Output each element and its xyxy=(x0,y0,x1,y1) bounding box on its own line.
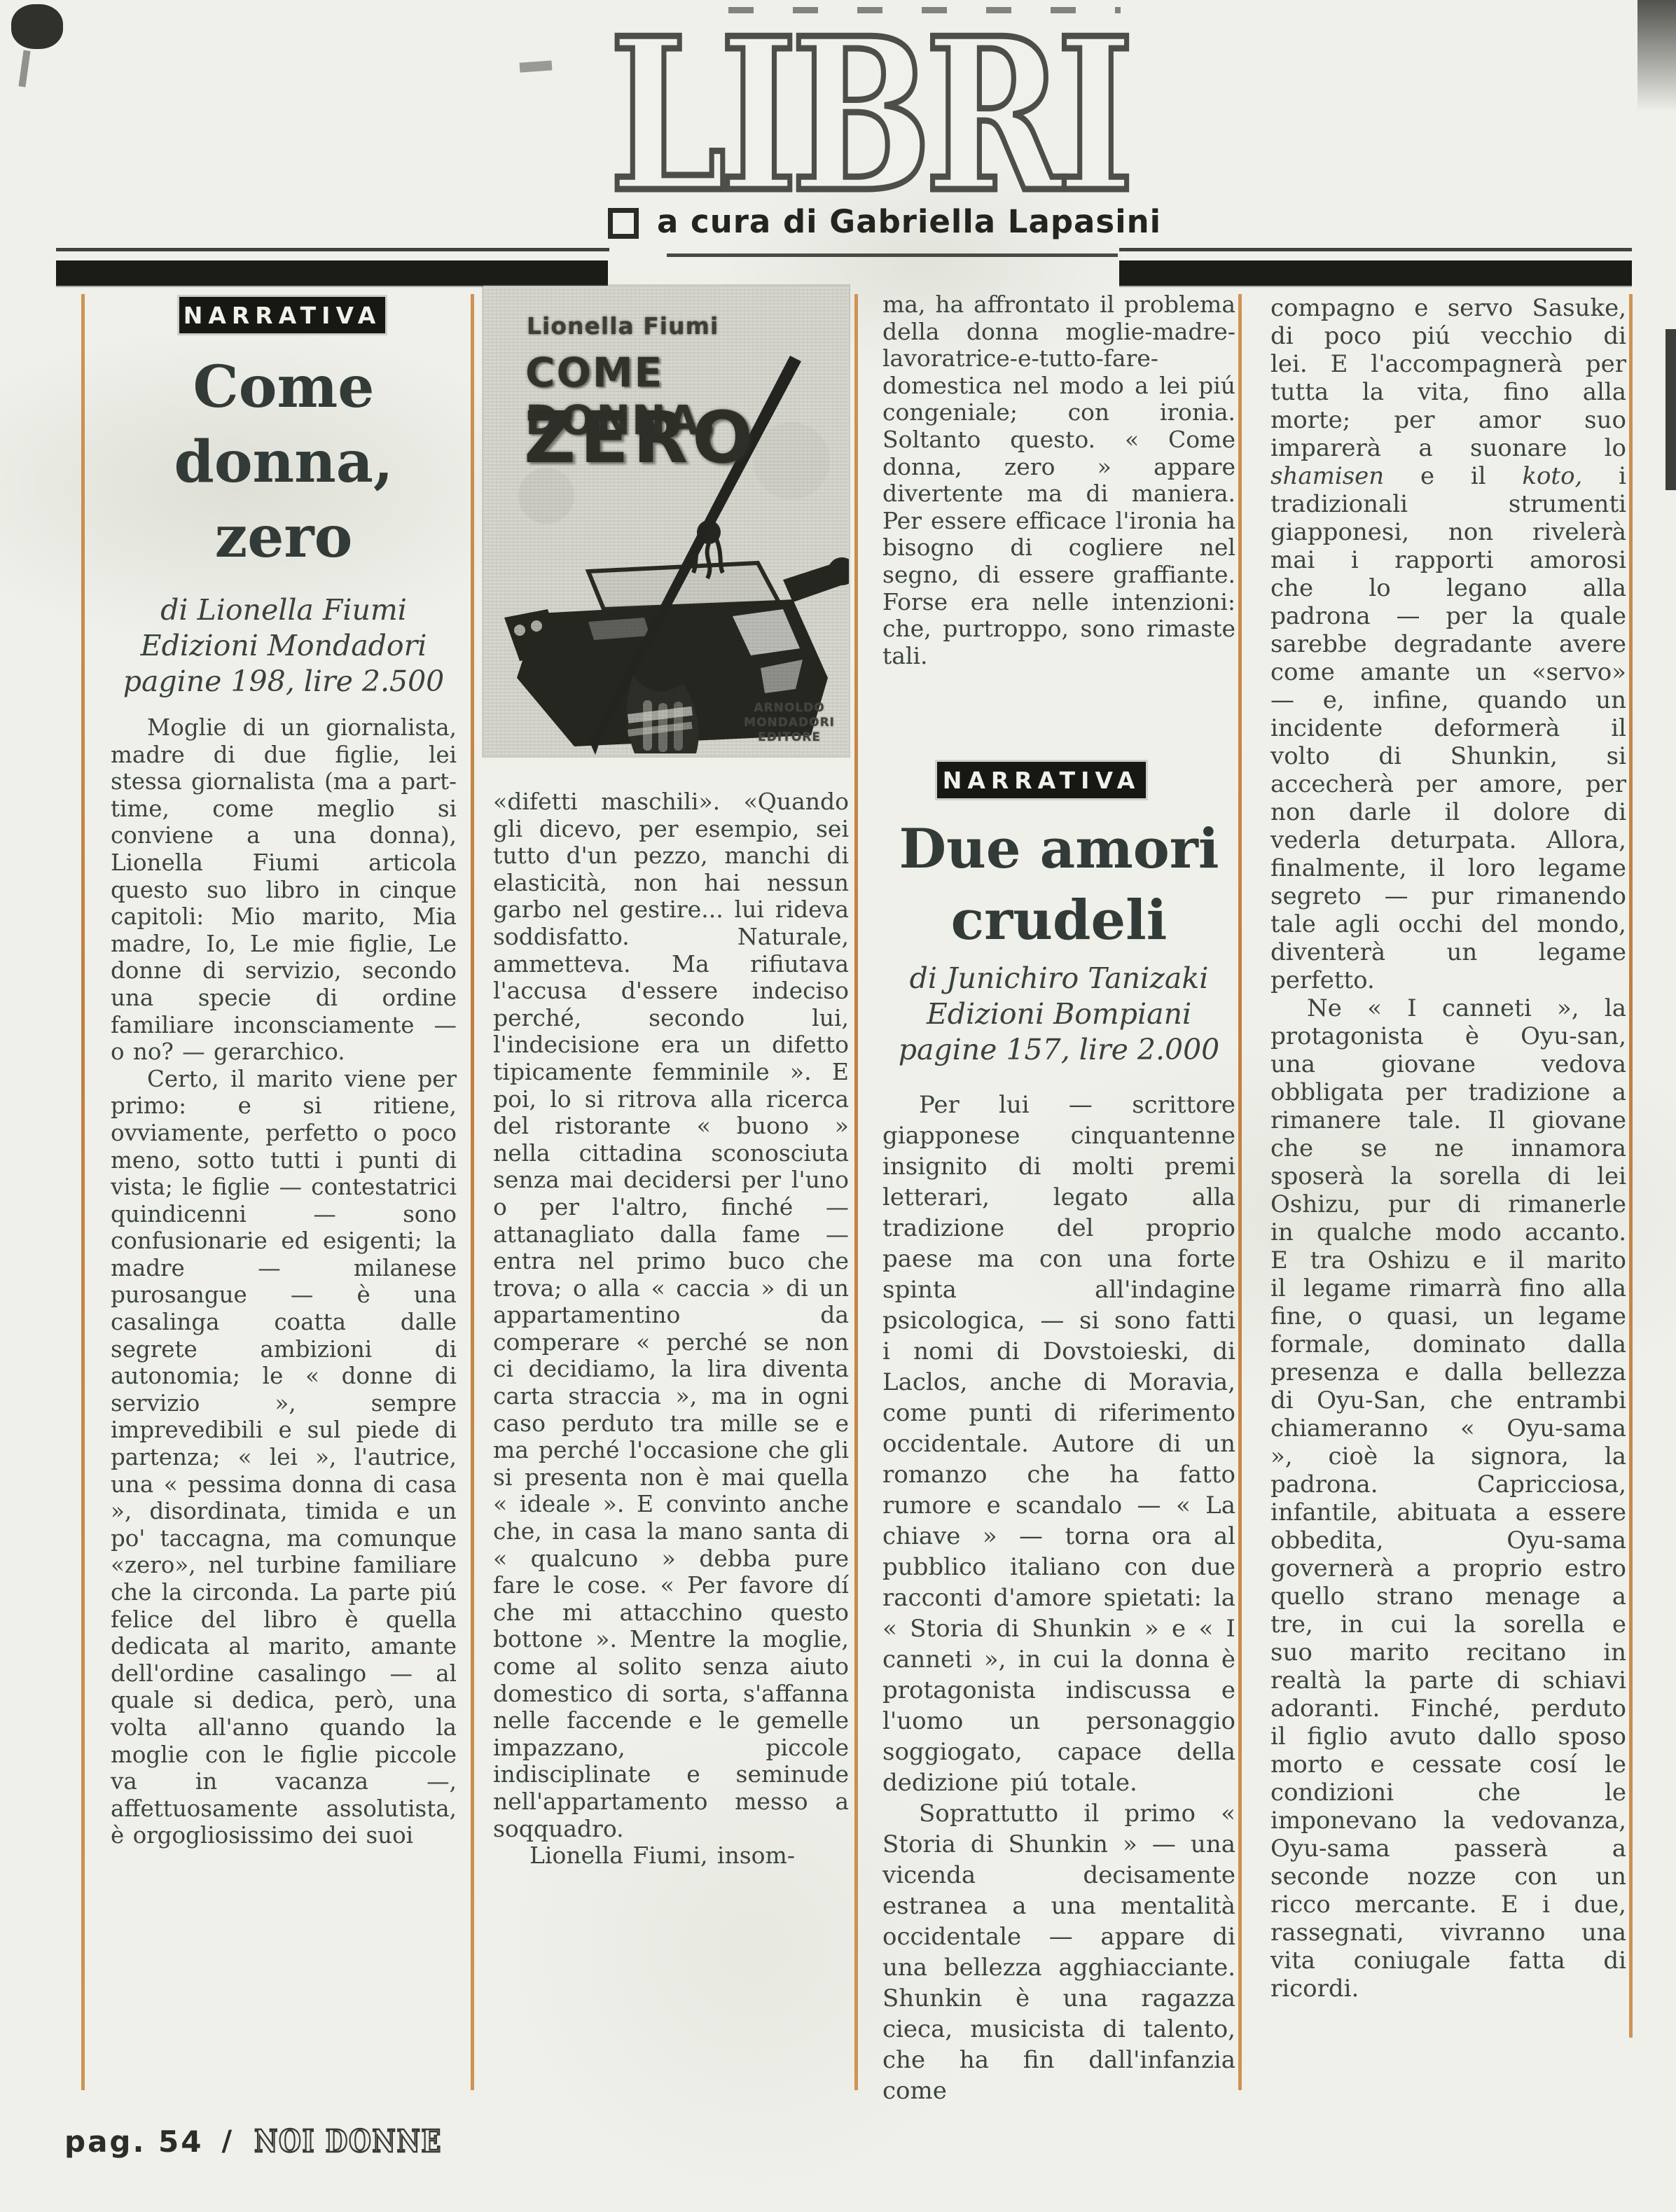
scan-artifact-corner xyxy=(1637,0,1676,112)
column-2-paragraph-2: Lionella Fiumi, insom- xyxy=(493,1842,849,1870)
review2-title: Due amori crudeli xyxy=(877,814,1241,957)
magazine-page: LIBRI a cura di Gabriella Lapasini NARRA… xyxy=(0,0,1676,2212)
noi-donne-logo: NOI DONNE xyxy=(250,2122,446,2161)
cover-title-line2: ZERO xyxy=(524,396,757,480)
libri-logo: LIBRI xyxy=(592,6,1145,230)
header-rule-left xyxy=(56,248,609,251)
review2-byline: di Junichiro Tanizaki Edizioni Bompiani … xyxy=(877,961,1241,1068)
column-1-body: Moglie di un giornalista, madre di due f… xyxy=(111,714,457,1849)
review2-paragraph-3: compagno e servo Sasuke, di poco piú vec… xyxy=(1270,294,1626,994)
scan-artifact-blob xyxy=(11,4,63,49)
gutter-rule-3 xyxy=(854,294,858,2090)
italic-term-koto: koto, xyxy=(1522,462,1582,490)
review2-paragraph-2: Soprattutto il primo « Storia di Shunkin… xyxy=(882,1798,1235,2106)
scan-artifact-edge xyxy=(1665,329,1676,490)
header-bar-left xyxy=(56,260,608,286)
review2-paragraph-1: Per lui — scrittore giapponese cinquante… xyxy=(882,1090,1235,1798)
header-rule-right xyxy=(1119,248,1632,251)
review2-paragraph-4: Ne « I canneti », la protagonista è Oyu-… xyxy=(1270,994,1626,2003)
gutter-rule-4 xyxy=(1238,294,1242,2090)
cover-publisher: ARNOLDO MONDADORI EDITORE xyxy=(744,701,835,745)
section-badge-narrativa-2: NARRATIVA xyxy=(937,762,1146,798)
text-run: compagno e servo Sasuke, di poco piú vec… xyxy=(1270,294,1626,462)
scan-artifact-streak xyxy=(18,50,30,88)
header-bar-right xyxy=(1119,260,1632,286)
badge-label: NARRATIVA xyxy=(183,302,382,329)
badge-label: NARRATIVA xyxy=(943,767,1141,794)
header-rule-center xyxy=(667,253,1118,257)
scan-artifact-mark xyxy=(520,60,553,72)
gutter-rule-1 xyxy=(81,294,85,2090)
column-2-body: «difetti maschili». «Quando gli dicevo, … xyxy=(493,788,849,1870)
text-run: i tradizionali strumenti giapponesi, non… xyxy=(1270,462,1626,994)
column-3-body: Per lui — scrittore giapponese cinquante… xyxy=(882,1090,1235,2106)
cover-author: Lionella Fiumi xyxy=(527,312,719,340)
gutter-rule-5 xyxy=(1629,294,1633,2038)
noi-donne-logo-text: NOI DONNE xyxy=(254,2124,442,2159)
page-footer: pag. 54 / NOI DONNE xyxy=(64,2122,446,2161)
curator-label: a cura di Gabriella Lapasini xyxy=(657,204,1161,239)
review1-title: Come donna, zero xyxy=(105,350,462,575)
review1-closing-paragraph: ma, ha affrontato il problema della donn… xyxy=(882,291,1235,669)
book-cover-come-donna-zero: Lionella Fiumi COME DONNA, ZERO ARNOLDO … xyxy=(483,286,849,756)
page-number: pag. 54 xyxy=(64,2124,204,2159)
column-2-paragraph-1: «difetti maschili». «Quando gli dicevo, … xyxy=(493,788,849,1842)
libri-logo-text: LIBRI xyxy=(609,6,1128,230)
column-4-body: compagno e servo Sasuke, di poco piú vec… xyxy=(1270,294,1626,2003)
review1-paragraph-1: Moglie di un giornalista, madre di due f… xyxy=(111,714,457,1066)
text-run: e il xyxy=(1384,462,1522,490)
section-badge-narrativa-1: NARRATIVA xyxy=(179,297,385,333)
review1-byline: di Lionella Fiumi Edizioni Mondadori pag… xyxy=(105,592,462,700)
square-bullet-icon xyxy=(608,208,639,239)
column-3-intro: ma, ha affrontato il problema della donn… xyxy=(882,291,1235,669)
italic-term-shamisen: shamisen xyxy=(1270,462,1384,490)
gutter-rule-2 xyxy=(471,294,474,2090)
review1-paragraph-2: Certo, il marito viene per primo: e si r… xyxy=(111,1066,457,1849)
footer-separator: / xyxy=(222,2125,233,2157)
curator-line: a cura di Gabriella Lapasini xyxy=(608,204,1161,239)
